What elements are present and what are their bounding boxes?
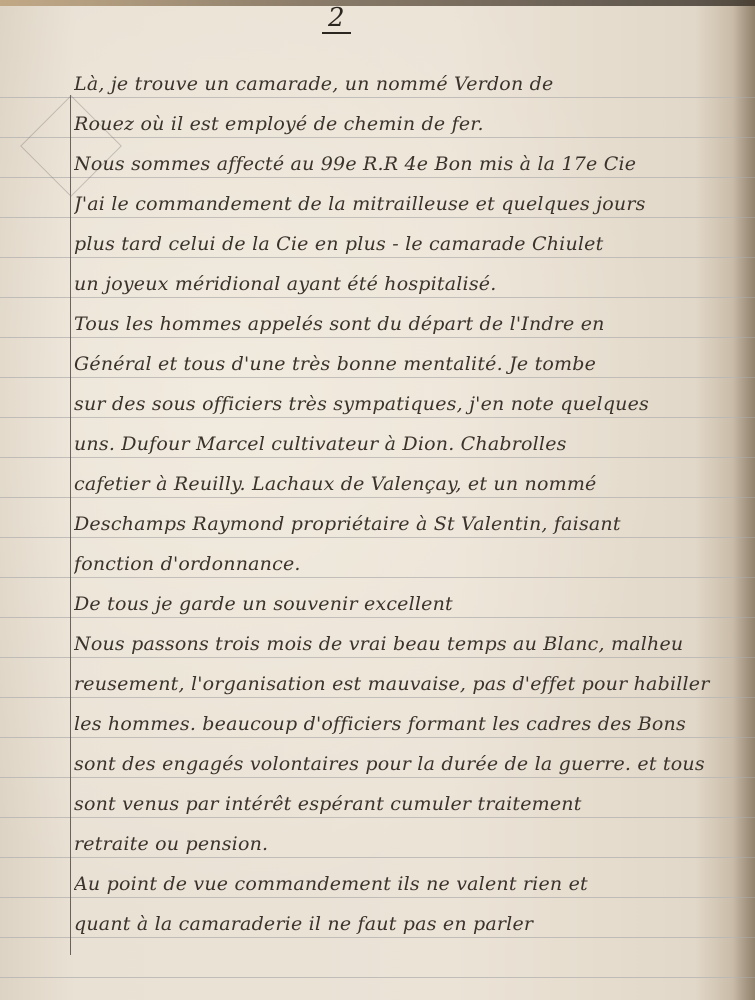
ruled-line xyxy=(0,657,755,658)
ruled-line xyxy=(0,497,755,498)
ruled-line xyxy=(0,177,755,178)
text-line: plus tard celui de la Cie en plus - le c… xyxy=(74,232,744,256)
text-line: fonction d'ordonnance. xyxy=(74,552,744,576)
ruled-line xyxy=(0,417,755,418)
ruled-line xyxy=(0,257,755,258)
notebook-page: 2 Là, je trouve un camarade, un nommé Ve… xyxy=(0,0,755,1000)
ruled-line xyxy=(0,297,755,298)
ruled-line xyxy=(0,457,755,458)
ruled-line xyxy=(0,537,755,538)
ruled-line xyxy=(0,817,755,818)
text-line: Là, je trouve un camarade, un nommé Verd… xyxy=(74,72,744,96)
text-line: J'ai le commandement de la mitrailleuse … xyxy=(74,192,744,216)
ruled-line xyxy=(0,937,755,938)
text-line: retraite ou pension. xyxy=(74,832,744,856)
text-line: Général et tous d'une très bonne mentali… xyxy=(74,352,744,376)
text-line: reusement, l'organisation est mauvaise, … xyxy=(74,672,744,696)
text-line: sur des sous officiers très sympatiques,… xyxy=(74,392,744,416)
text-line: Deschamps Raymond propriétaire à St Vale… xyxy=(74,512,744,536)
text-line: Rouez où il est employé de chemin de fer… xyxy=(74,112,744,136)
text-line: quant à la camaraderie il ne faut pas en… xyxy=(74,912,744,936)
text-line: un joyeux méridional ayant été hospitali… xyxy=(74,272,744,296)
margin-line xyxy=(70,95,71,955)
text-line: les hommes. beaucoup d'officiers formant… xyxy=(74,712,744,736)
page-top-edge xyxy=(0,0,755,6)
text-line: uns. Dufour Marcel cultivateur à Dion. C… xyxy=(74,432,744,456)
ruled-line xyxy=(0,97,755,98)
text-line: Nous sommes affecté au 99e R.R 4e Bon mi… xyxy=(74,152,744,176)
ruled-line xyxy=(0,897,755,898)
ruled-line xyxy=(0,577,755,578)
ruled-line xyxy=(0,697,755,698)
ruled-line xyxy=(0,377,755,378)
text-line: cafetier à Reuilly. Lachaux de Valençay,… xyxy=(74,472,744,496)
ruled-line xyxy=(0,617,755,618)
ruled-line xyxy=(0,217,755,218)
text-line: sont des engagés volontaires pour la dur… xyxy=(74,752,744,776)
ruled-line xyxy=(0,977,755,978)
ruled-line xyxy=(0,337,755,338)
text-line: Au point de vue commandement ils ne vale… xyxy=(74,872,744,896)
text-line: Tous les hommes appelés sont du départ d… xyxy=(74,312,744,336)
ruled-line xyxy=(0,777,755,778)
page-number: 2 xyxy=(322,4,351,34)
faded-stamp xyxy=(20,95,122,197)
ruled-line xyxy=(0,857,755,858)
text-line: De tous je garde un souvenir excellent xyxy=(74,592,744,616)
text-line: Nous passons trois mois de vrai beau tem… xyxy=(74,632,744,656)
ruled-line xyxy=(0,737,755,738)
binding-shadow xyxy=(733,0,755,1000)
text-line: sont venus par intérêt espérant cumuler … xyxy=(74,792,744,816)
